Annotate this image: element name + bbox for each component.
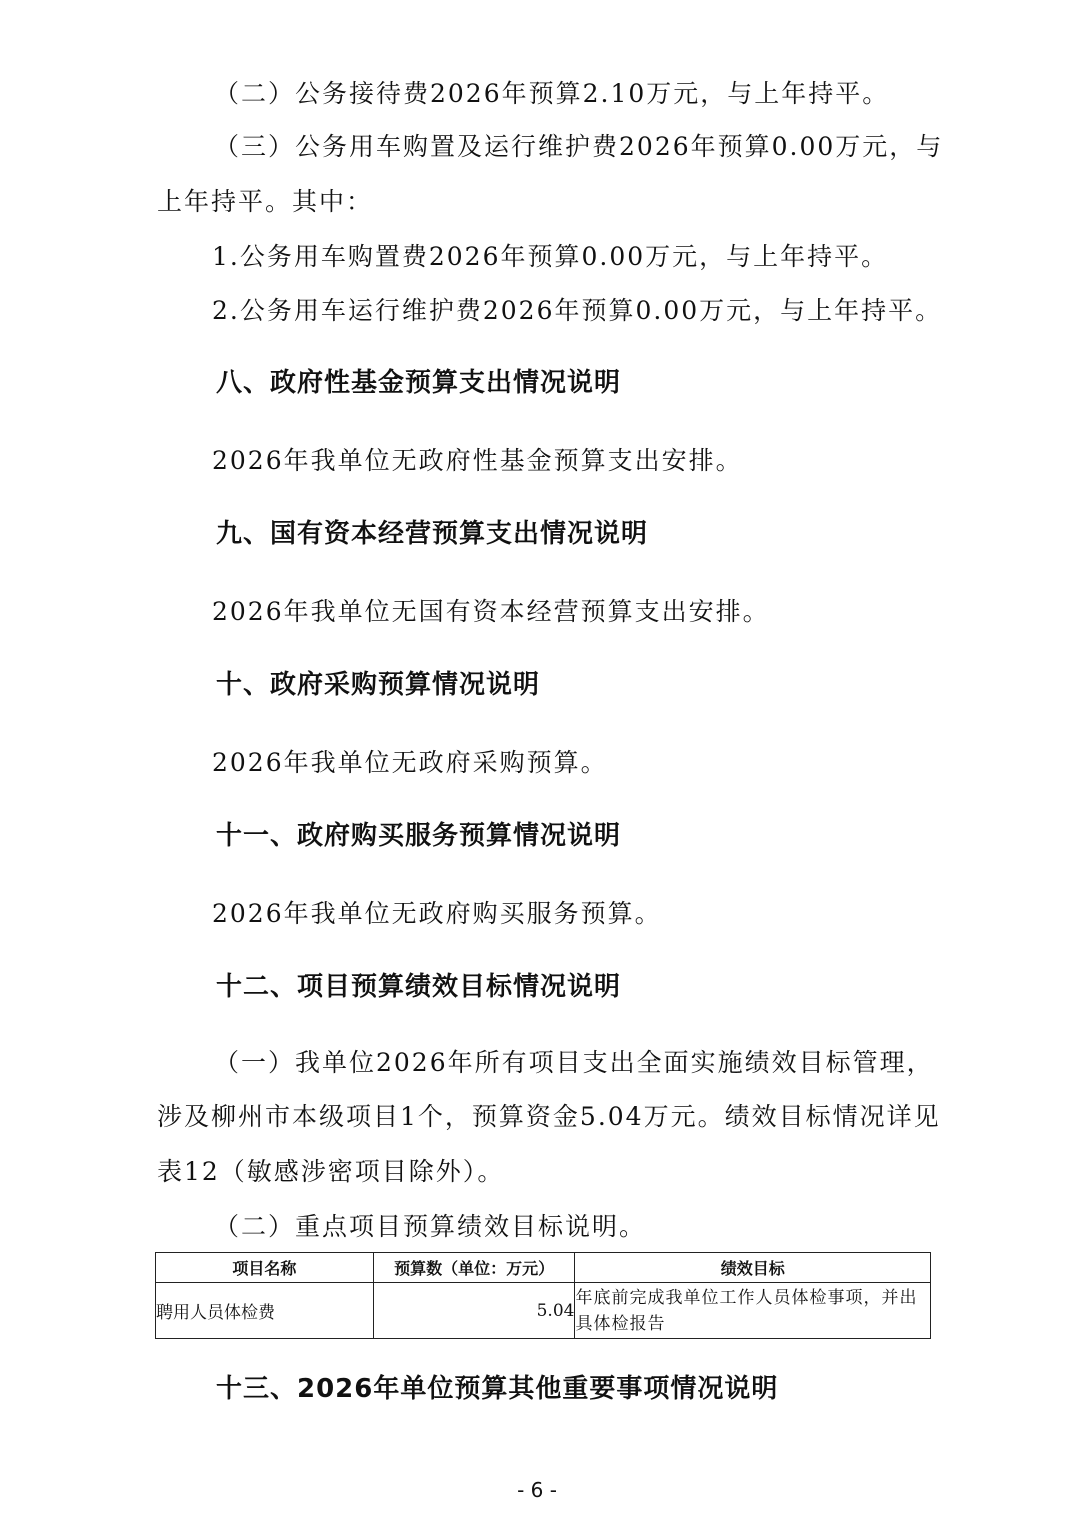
section-heading-12: 十二、项目预算绩效目标情况说明 [216,971,621,1003]
section-heading-13: 十三、2026年单位预算其他重要事项情况说明 [216,1373,778,1405]
section-12-paragraph-1-cont: 涉及柳州市本级项目1个，预算资金5.04万元。绩效目标情况详见 [157,1101,941,1133]
paragraph-vehicle-purchase: 1.公务用车购置费2026年预算0.00万元，与上年持平。 [212,241,888,273]
table-header-row: 项目名称 预算数（单位：万元） 绩效目标 [156,1253,931,1283]
page-number: - 6 - [0,1478,1074,1502]
paragraph-vehicle-fee: （三）公务用车购置及运行维护费2026年预算0.00万元，与 [214,131,943,163]
paragraph-reception-fee: （二）公务接待费2026年预算2.10万元，与上年持平。 [214,78,889,110]
section-12-paragraph-1: （一）我单位2026年所有项目支出全面实施绩效目标管理， [214,1047,934,1079]
table-row: 聘用人员体检费 5.04 年底前完成我单位工作人员体检事项，并出具体检报告 [156,1283,931,1339]
section-body-8: 2026年我单位无政府性基金预算支出安排。 [212,445,743,477]
section-body-11: 2026年我单位无政府购买服务预算。 [212,898,662,930]
section-heading-9: 九、国有资本经营预算支出情况说明 [216,518,648,550]
section-12-paragraph-2: （二）重点项目预算绩效目标说明。 [214,1211,646,1243]
column-header-budget-amount: 预算数（单位：万元） [373,1253,575,1283]
section-heading-11: 十一、政府购买服务预算情况说明 [216,820,621,852]
cell-performance-goal: 年底前完成我单位工作人员体检事项，并出具体检报告 [575,1283,931,1339]
section-12-paragraph-1-end: 表12（敏感涉密项目除外）。 [157,1156,504,1188]
paragraph-vehicle-maintenance: 2.公务用车运行维护费2026年预算0.00万元，与上年持平。 [212,295,942,327]
project-performance-table: 项目名称 预算数（单位：万元） 绩效目标 聘用人员体检费 5.04 年底前完成我… [155,1252,931,1339]
paragraph-vehicle-fee-cont: 上年持平。其中： [157,186,373,218]
section-body-10: 2026年我单位无政府采购预算。 [212,747,608,779]
cell-project-name: 聘用人员体检费 [156,1283,374,1339]
cell-budget-amount: 5.04 [373,1283,575,1339]
section-heading-8: 八、政府性基金预算支出情况说明 [216,367,621,399]
column-header-project-name: 项目名称 [156,1253,374,1283]
column-header-performance-goal: 绩效目标 [575,1253,931,1283]
section-body-9: 2026年我单位无国有资本经营预算支出安排。 [212,596,770,628]
section-heading-10: 十、政府采购预算情况说明 [216,669,540,701]
